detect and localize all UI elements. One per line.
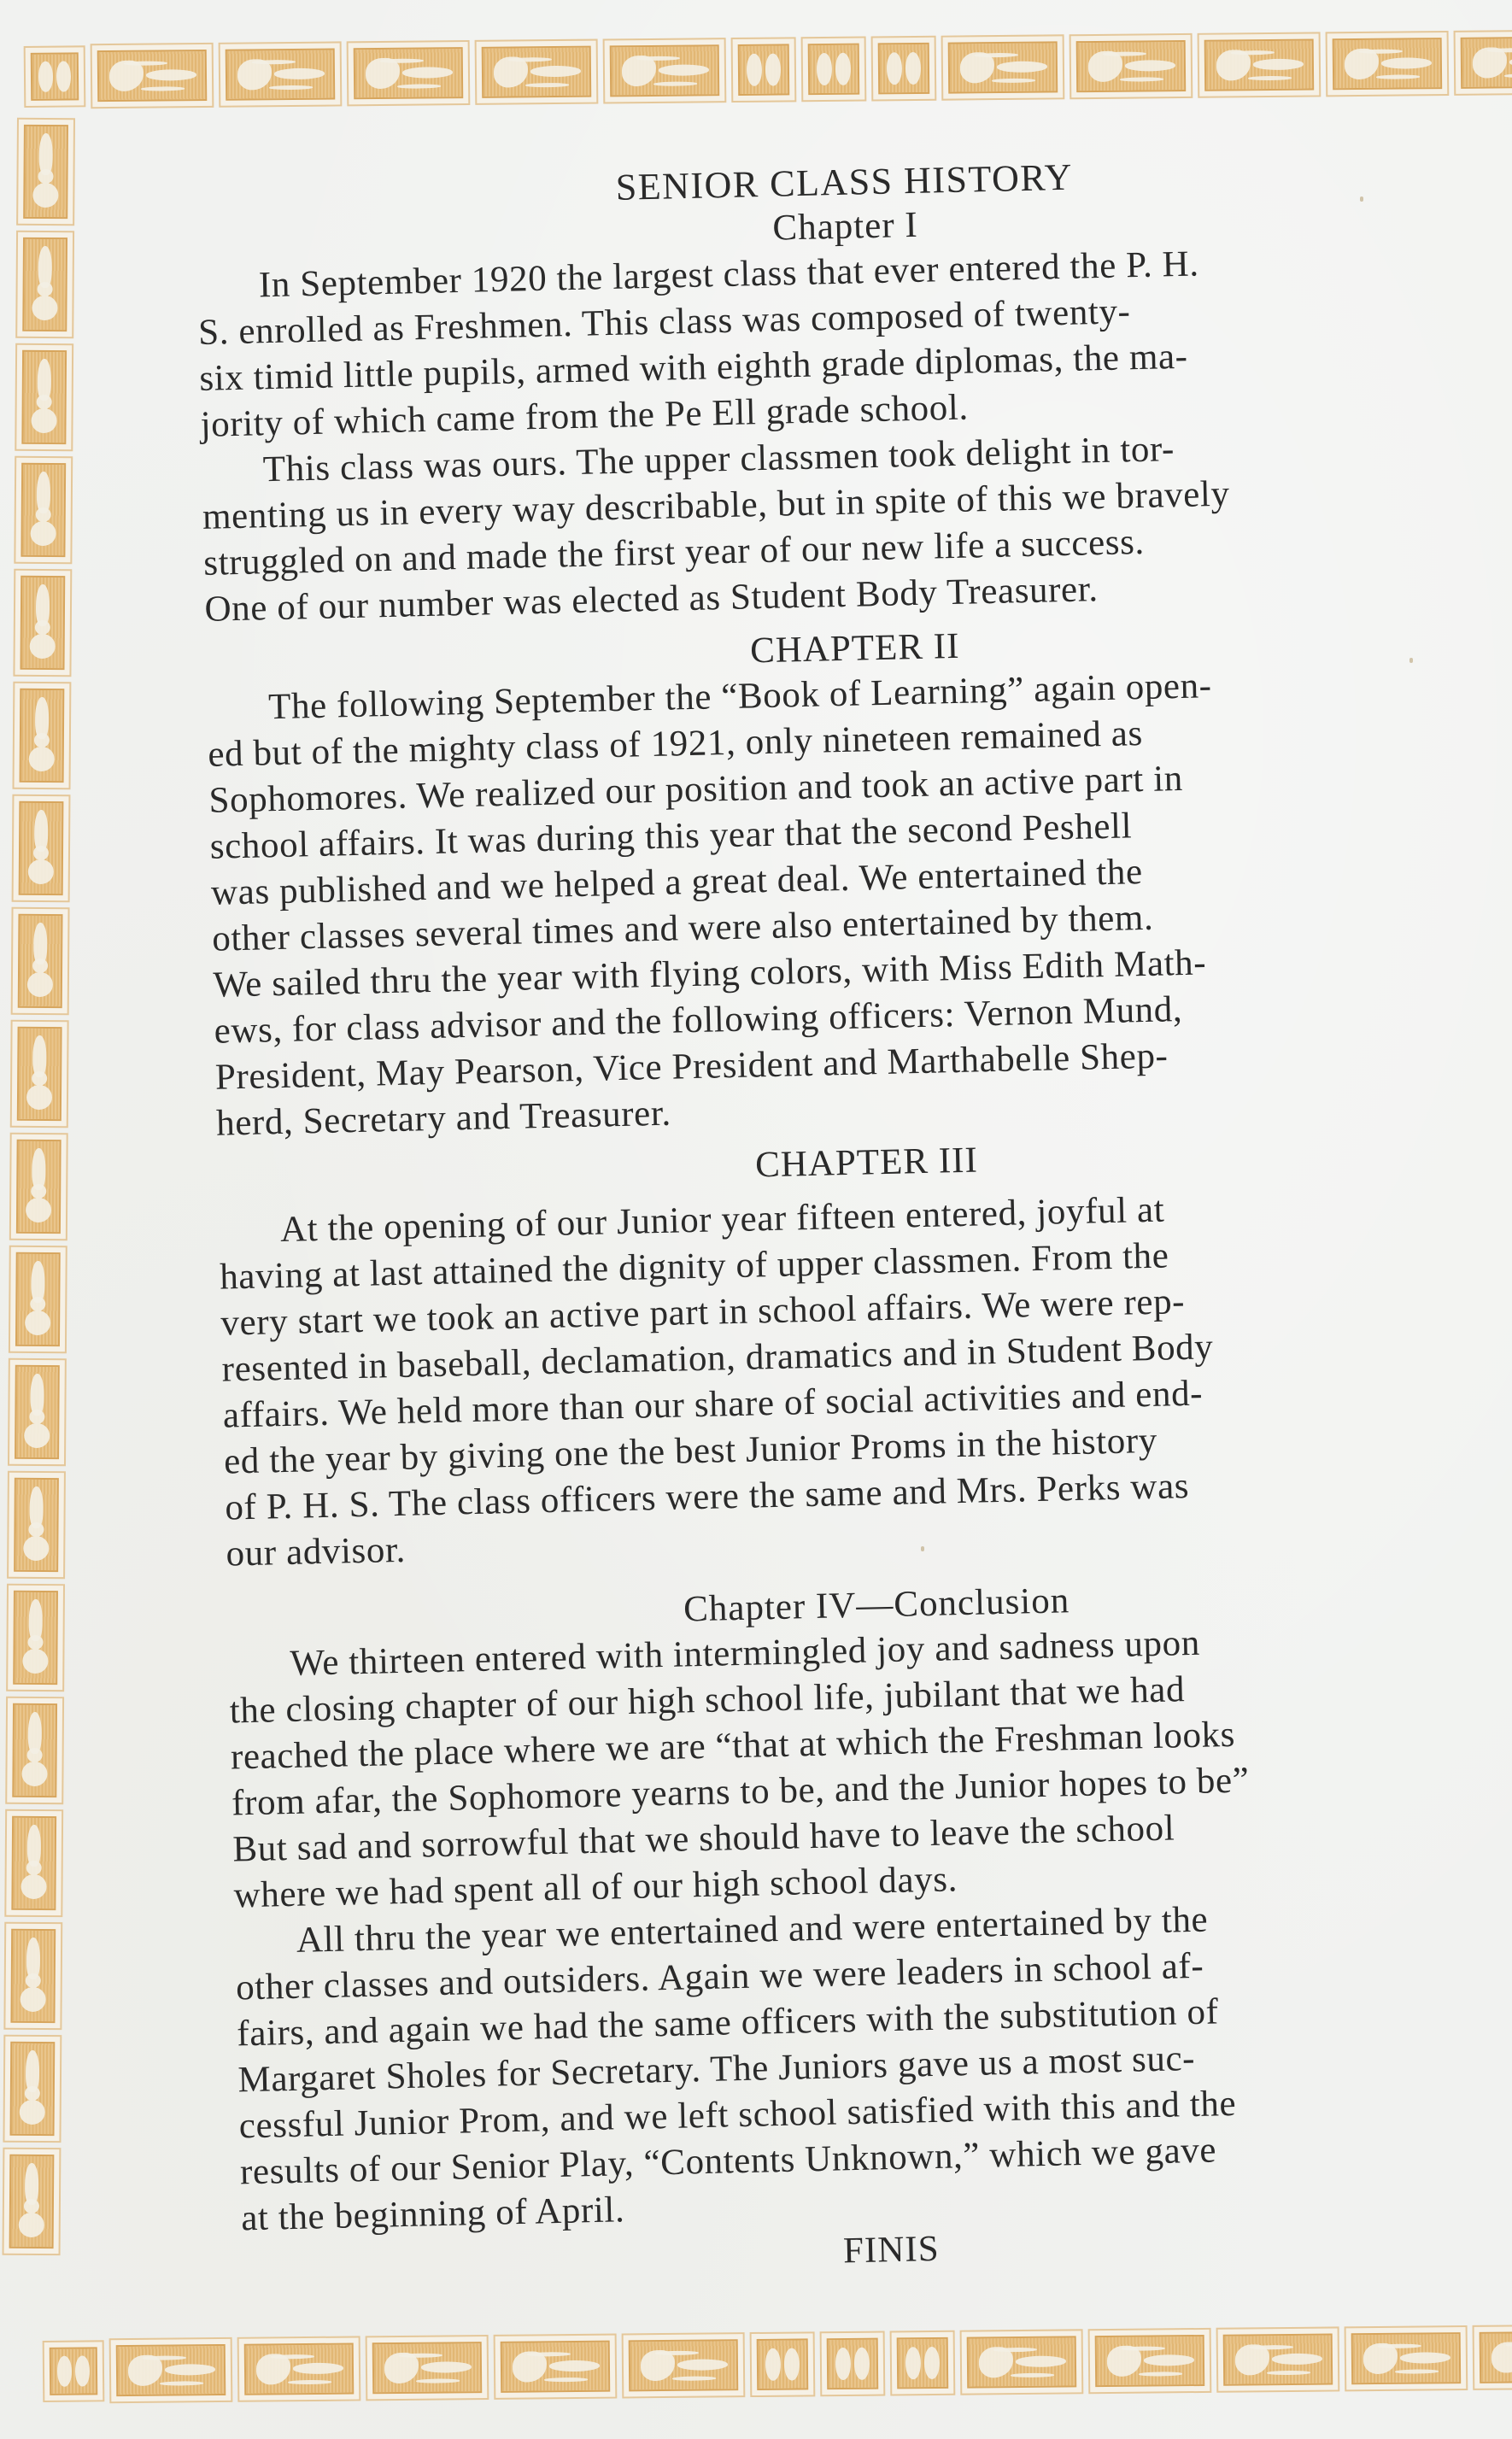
border-fleur-ornament-icon	[10, 1020, 69, 1128]
border-square-ornament-icon	[890, 2331, 956, 2396]
paragraph: We thirteen entered with intermingled jo…	[228, 1612, 1512, 1919]
border-corner-ornament-icon	[43, 2340, 105, 2402]
border-fleur-ornament-icon	[7, 1471, 66, 1579]
border-fleur-ornament-icon	[12, 794, 71, 902]
border-scroll-ornament-icon	[1088, 2328, 1212, 2394]
border-corner-ornament-icon	[24, 45, 86, 108]
border-scroll-ornament-icon	[347, 40, 471, 106]
chapter-3: CHAPTER III At the opening of our Junior…	[217, 1125, 1512, 1577]
paragraph: This class was ours. The upper classmen …	[201, 419, 1512, 633]
border-scroll-ornament-icon	[494, 2334, 618, 2400]
border-fleur-ornament-icon	[13, 569, 72, 677]
paragraph: In September 1920 the largest class that…	[196, 234, 1512, 449]
chapter-1: Chapter I In September 1920 the largest …	[196, 190, 1512, 633]
border-scroll-ornament-icon	[1070, 33, 1193, 99]
border-scroll-ornament-icon	[1216, 2326, 1340, 2392]
paragraph: All thru the year we entertained and wer…	[234, 1889, 1512, 2242]
border-scroll-ornament-icon	[237, 2336, 361, 2401]
border-fleur-ornament-icon	[5, 1697, 64, 1804]
border-scroll-ornament-icon	[603, 38, 727, 103]
border-fleur-ornament-icon	[4, 1809, 63, 1917]
paper-speck	[1409, 658, 1413, 663]
border-square-ornament-icon	[731, 37, 797, 103]
border-fleur-ornament-icon	[9, 1133, 68, 1240]
border-scroll-ornament-icon	[1345, 2325, 1468, 2391]
border-scroll-ornament-icon	[475, 39, 599, 105]
paragraph: At the opening of our Junior year fiftee…	[218, 1178, 1512, 1577]
border-fleur-ornament-icon	[9, 1246, 67, 1353]
border-square-ornament-icon	[801, 37, 867, 103]
border-fleur-ornament-icon	[13, 682, 72, 789]
border-scroll-ornament-icon	[941, 34, 1065, 100]
border-scroll-ornament-icon	[1454, 30, 1512, 96]
border-fleur-ornament-icon	[3, 2035, 62, 2143]
border-fleur-ornament-icon	[3, 1922, 62, 2030]
border-square-ornament-icon	[750, 2331, 816, 2397]
border-scroll-ornament-icon	[91, 43, 214, 108]
border-scroll-ornament-icon	[1326, 31, 1450, 97]
border-scroll-ornament-icon	[960, 2329, 1084, 2395]
border-fleur-ornament-icon	[3, 2148, 62, 2255]
border-scroll-ornament-icon	[1198, 32, 1322, 97]
border-fleur-ornament-icon	[11, 907, 70, 1015]
chapter-2: CHAPTER II The following September the “…	[205, 611, 1512, 1146]
border-fleur-ornament-icon	[8, 1358, 67, 1466]
document-body: SENIOR CLASS HISTORY Chapter I In Septem…	[195, 145, 1512, 2289]
border-scroll-ornament-icon	[622, 2332, 746, 2398]
paper-speck	[921, 1546, 924, 1551]
border-scroll-ornament-icon	[366, 2335, 489, 2401]
border-fleur-ornament-icon	[15, 343, 73, 451]
border-fleur-ornament-icon	[16, 118, 75, 226]
chapter-4: Chapter IV—Conclusion We thirteen entere…	[227, 1568, 1512, 2242]
border-scroll-ornament-icon	[219, 41, 343, 107]
border-scroll-ornament-icon	[109, 2337, 233, 2403]
border-square-ornament-icon	[820, 2331, 886, 2397]
border-fleur-ornament-icon	[6, 1584, 65, 1691]
border-square-ornament-icon	[871, 36, 937, 102]
paper-speck	[1360, 196, 1363, 202]
paragraph: The following September the “Book of Lea…	[207, 655, 1512, 1146]
border-fleur-ornament-icon	[15, 231, 74, 338]
border-scroll-ornament-icon	[1473, 2325, 1512, 2390]
border-fleur-ornament-icon	[14, 456, 73, 564]
